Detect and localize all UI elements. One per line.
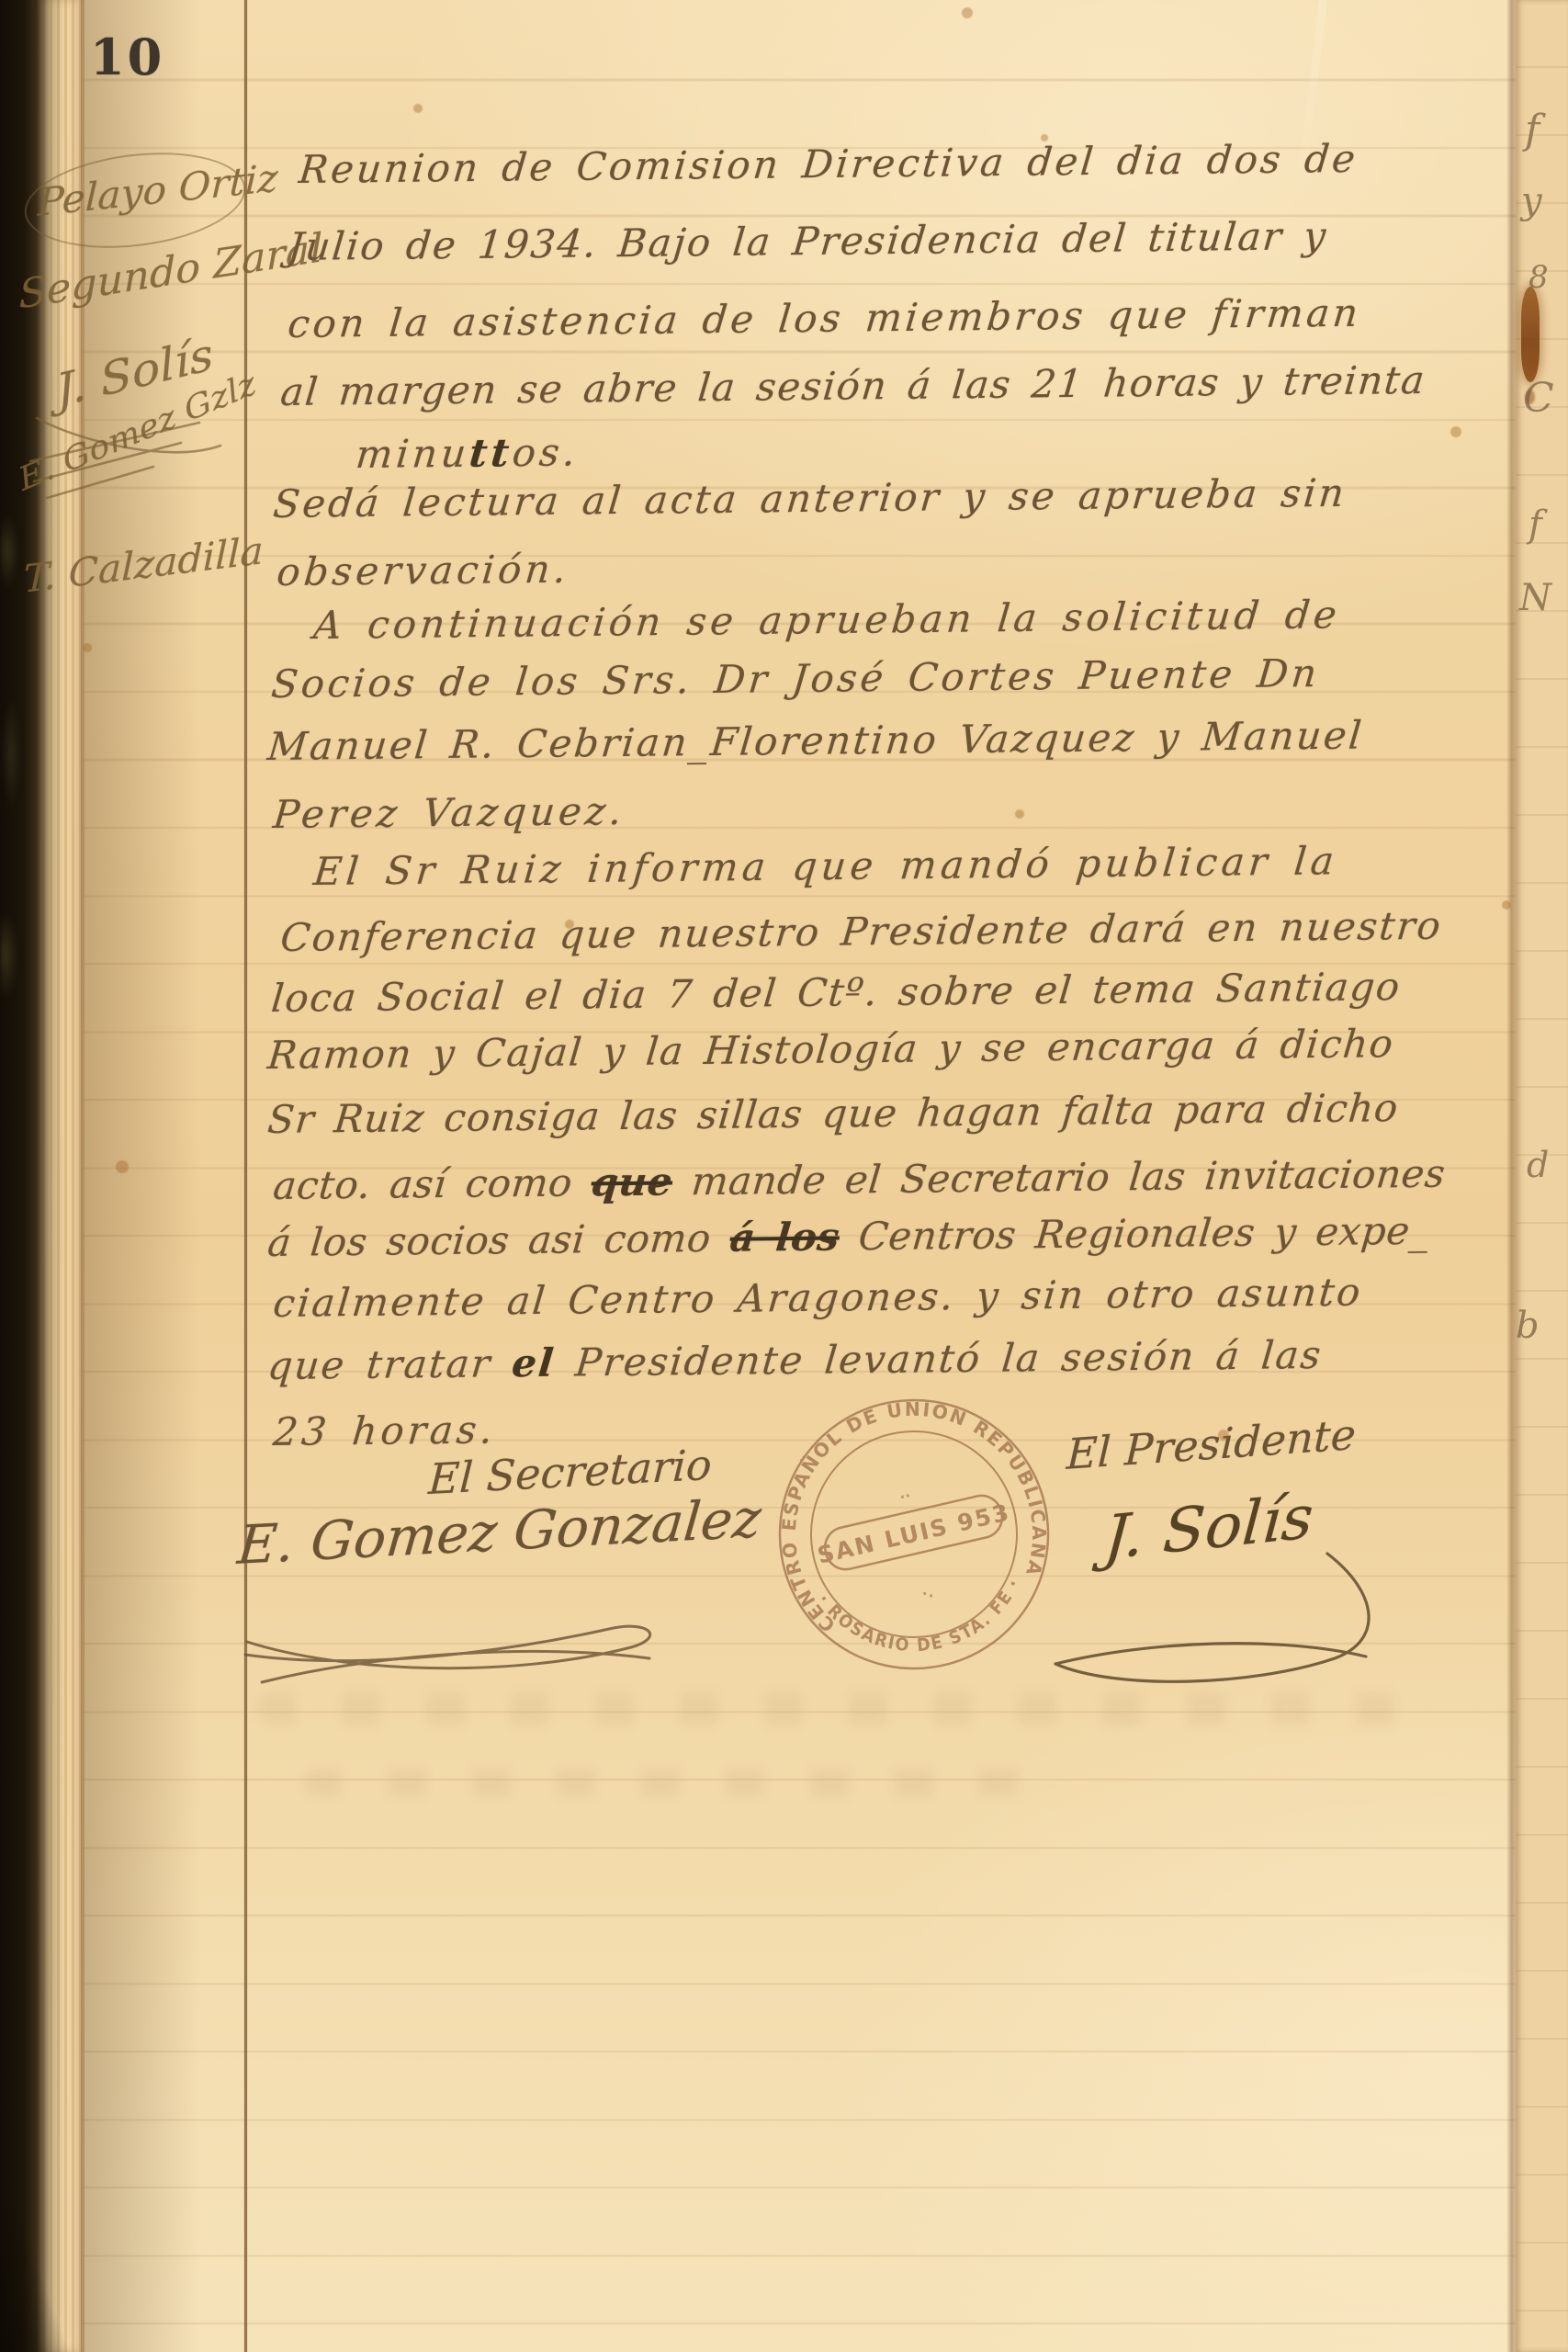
ledger-page: 10 Pelayo OrtizSegundo ZaralJ. SolísE. G… <box>0 0 1568 2352</box>
foxing-spot <box>1041 134 1048 141</box>
manuscript-line: con la asistencia de los miembros que fi… <box>286 290 1363 346</box>
manuscript-line: al margen se abre la sesión á las 21 hor… <box>278 357 1427 414</box>
secretary-signature: E. Gomez Gonzalez <box>235 1487 763 1577</box>
manuscript-text-segment: Socios de los Srs. Dr José Cortes Puente… <box>269 650 1322 707</box>
manuscript-line: A continuación se aprueban la solicitud … <box>311 592 1342 648</box>
svg-text:··: ·· <box>897 1487 912 1506</box>
facing-page-text-fragment: N <box>1519 577 1551 619</box>
rust-stain <box>1521 287 1540 382</box>
manuscript-text-segment: minu <box>354 431 471 477</box>
facing-page-text-fragment: C <box>1523 375 1554 422</box>
manuscript-text-segment: Perez Vazquez. <box>271 788 627 837</box>
manuscript-text-segment: Presidente levantó la sesión á las <box>553 1332 1325 1385</box>
manuscript-text-segment: 23 horas. <box>271 1407 498 1454</box>
manuscript-text-segment: con la asistencia de los miembros que fi… <box>286 290 1363 346</box>
manuscript-text-segment: acto. así como <box>271 1159 593 1208</box>
manuscript-line: Ramon y Cajal y la Histología y se encar… <box>265 1021 1395 1078</box>
manuscript-line: Julio de 1934. Bajo la Presidencia del t… <box>286 213 1329 269</box>
foxing-spot <box>83 643 92 652</box>
facing-page-text-fragment: f <box>1529 503 1542 546</box>
secretary-flourish <box>234 1594 666 1695</box>
manuscript-text-segment: Reunion de Comision Directiva del dia do… <box>297 136 1359 192</box>
svg-text:· ROSARIO DE STA. FE ·: · ROSARIO DE STA. FE · <box>812 1560 1033 1671</box>
foxing-spot <box>1450 426 1461 437</box>
manuscript-text-segment: á los <box>728 1214 842 1260</box>
manuscript-line: Sedá lectura al acta anterior y se aprue… <box>271 470 1348 526</box>
manuscript-text-segment: mande el Secretario las invitaciones <box>671 1151 1448 1204</box>
manuscript-text-segment: Sedá lectura al acta anterior y se aprue… <box>271 470 1348 526</box>
manuscript-text-segment: al margen se abre la sesión á las 21 hor… <box>278 357 1427 414</box>
manuscript-text-segment: tt <box>468 430 514 475</box>
manuscript-text-segment: El Sr Ruiz informa que mandó publicar la <box>311 838 1339 894</box>
manuscript-line: acto. así como que mande el Secretario l… <box>271 1151 1447 1208</box>
foxing-spot <box>565 920 574 929</box>
manuscript-line: 23 horas. <box>271 1407 498 1454</box>
manuscript-line: Perez Vazquez. <box>271 788 627 837</box>
ink-bleed-through <box>303 1770 1056 1797</box>
manuscript-text-segment: que tratar <box>265 1340 513 1388</box>
manuscript-text-segment: Conferencia que nuestro Presidente dará … <box>278 903 1444 960</box>
manuscript-text-segment: os. <box>511 429 581 475</box>
manuscript-text-segment: el <box>510 1340 557 1385</box>
manuscript-line: loca Social el dia 7 del Ctº. sobre el t… <box>269 964 1403 1021</box>
page-crease <box>1506 0 1516 2352</box>
manuscript-text-segment: Julio de 1934. Bajo la Presidencia del t… <box>286 213 1329 269</box>
facing-page-text-fragment: 8 <box>1529 259 1549 296</box>
svg-text:CENTRO ESPAÑOL DE UNION REPUBL: CENTRO ESPAÑOL DE UNION REPUBLICANA <box>758 1379 1062 1642</box>
manuscript-text-segment: cialmente al Centro Aragones. y sin otro… <box>271 1270 1364 1326</box>
manuscript-line: Sr Ruiz consiga las sillas que hagan fal… <box>265 1085 1400 1142</box>
manuscript-text-segment: Centros Regionales y expe_ <box>838 1208 1432 1260</box>
foxing-spot <box>1218 1430 1229 1441</box>
manuscript-text-segment: loca Social el dia 7 del Ctº. sobre el t… <box>269 964 1403 1021</box>
foxing-spot <box>116 1160 129 1173</box>
facing-page-text-fragment: b <box>1516 1305 1540 1347</box>
foxing-spot <box>1015 809 1024 819</box>
manuscript-text-segment: Manuel R. Cebrian_Florentino Vazquez y M… <box>265 713 1365 769</box>
manuscript-line: Socios de los Srs. Dr José Cortes Puente… <box>269 650 1322 707</box>
manuscript-line: minuttos. <box>354 429 581 477</box>
official-stamp: CENTRO ESPAÑOL DE UNION REPUBLICANA · RO… <box>751 1372 1077 1698</box>
svg-text:·.: ·. <box>920 1583 935 1602</box>
manuscript-line: Reunion de Comision Directiva del dia do… <box>297 136 1359 192</box>
manuscript-line: El Sr Ruiz informa que mandó publicar la <box>311 838 1339 894</box>
facing-page-text-fragment: f <box>1525 107 1540 153</box>
foxing-spot <box>413 104 423 113</box>
binding-shadow <box>0 1654 73 2352</box>
margin-rule-line <box>244 0 247 2352</box>
stamp-ring-top-text: CENTRO ESPAÑOL DE UNION REPUBLICANA <box>758 1379 1062 1642</box>
manuscript-line: Conferencia que nuestro Presidente dará … <box>278 903 1444 960</box>
facing-page-text-fragment: d <box>1527 1145 1549 1185</box>
margin-scribble <box>23 413 234 524</box>
foxing-spot <box>962 7 973 18</box>
foxing-spot <box>1502 900 1511 910</box>
manuscript-text-segment: á los socios asi como <box>265 1216 732 1265</box>
page-number: 10 <box>90 28 164 86</box>
manuscript-text-segment: Ramon y Cajal y la Histología y se encar… <box>265 1021 1395 1078</box>
president-label: El Presidente <box>1066 1409 1357 1479</box>
manuscript-line: que tratar el Presidente levantó la sesi… <box>265 1332 1324 1388</box>
manuscript-line: Manuel R. Cebrian_Florentino Vazquez y M… <box>265 713 1365 769</box>
president-flourish <box>1043 1548 1474 1704</box>
manuscript-text-segment: observación. <box>275 547 571 594</box>
manuscript-line: cialmente al Centro Aragones. y sin otro… <box>271 1270 1364 1326</box>
manuscript-line: observación. <box>275 547 571 594</box>
facing-page-text-fragment: y <box>1521 180 1542 222</box>
manuscript-line: á los socios asi como á los Centros Regi… <box>265 1208 1431 1265</box>
manuscript-text-segment: Sr Ruiz consiga las sillas que hagan fal… <box>265 1085 1400 1142</box>
stamp-center-text: SAN LUIS 953 <box>815 1498 1013 1569</box>
manuscript-text-segment: que <box>590 1159 675 1204</box>
manuscript-text-segment: A continuación se aprueban la solicitud … <box>311 592 1342 648</box>
stamp-ring-bottom-text: · ROSARIO DE STA. FE · <box>812 1560 1033 1671</box>
